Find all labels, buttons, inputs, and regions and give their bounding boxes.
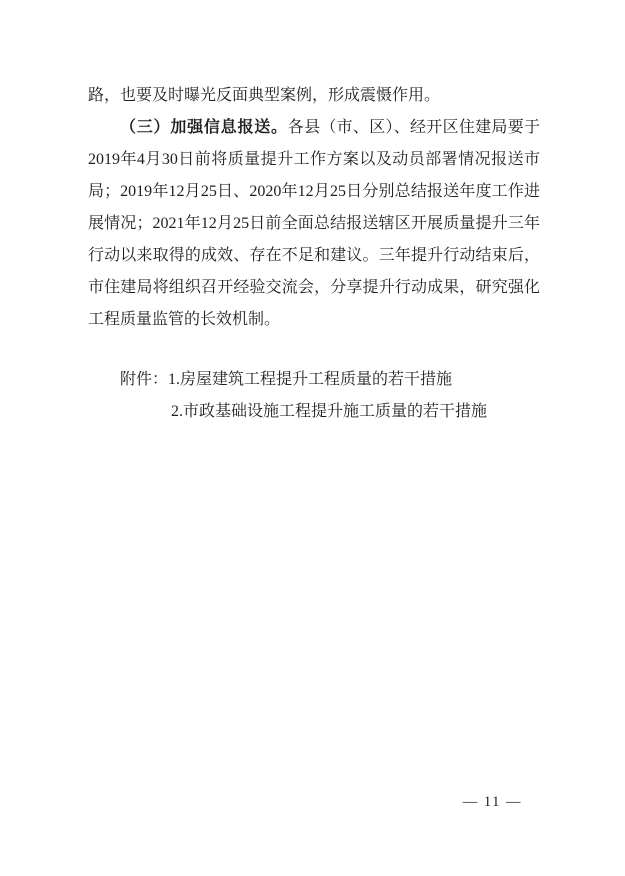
body-line-paragraph-end: 路，也要及时曝光反面典型案例，形成震慑作用。 (88, 80, 540, 112)
attachment-item-1: 1.房屋建筑工程提升工程质量的若干措施 (168, 371, 452, 388)
document-page: 路，也要及时曝光反面典型案例，形成震慑作用。 （三）加强信息报送。各县（市、区）… (0, 0, 625, 876)
page-number: — 11 — (463, 794, 522, 811)
attachments-block: 附件：1.房屋建筑工程提升工程质量的若干措施 2.市政基础设施工程提升施工质量的… (88, 364, 540, 428)
body-line: 局；2019年12月25日、2020年12月25日分别总结报送年度工作进 (88, 176, 540, 208)
section-text-start: 各县（市、区）、经开区住建局要于 (288, 119, 540, 136)
body-line: 展情况；2021年12月25日前全面总结报送辖区开展质量提升三年 (88, 208, 540, 240)
body-line-section-start: （三）加强信息报送。各县（市、区）、经开区住建局要于 (88, 112, 540, 144)
body-line: 市住建局将组织召开经验交流会，分享提升行动成果，研究强化 (88, 272, 540, 304)
body-line: 行动以来取得的成效、存在不足和建议。三年提升行动结束后， (88, 240, 540, 272)
section-heading: （三）加强信息报送。 (120, 119, 288, 136)
attachment-item-2: 2.市政基础设施工程提升施工质量的若干措施 (171, 403, 487, 420)
body-line: 2019年4月30日前将质量提升工作方案以及动员部署情况报送市 (88, 144, 540, 176)
attachments-label: 附件： (120, 371, 168, 388)
body-line-paragraph-end: 工程质量监管的长效机制。 (88, 304, 540, 336)
attachment-item: 附件：1.房屋建筑工程提升工程质量的若干措施 (88, 364, 540, 396)
attachment-item: 2.市政基础设施工程提升施工质量的若干措施 (88, 396, 540, 428)
document-body: 路，也要及时曝光反面典型案例，形成震慑作用。 （三）加强信息报送。各县（市、区）… (88, 80, 540, 428)
